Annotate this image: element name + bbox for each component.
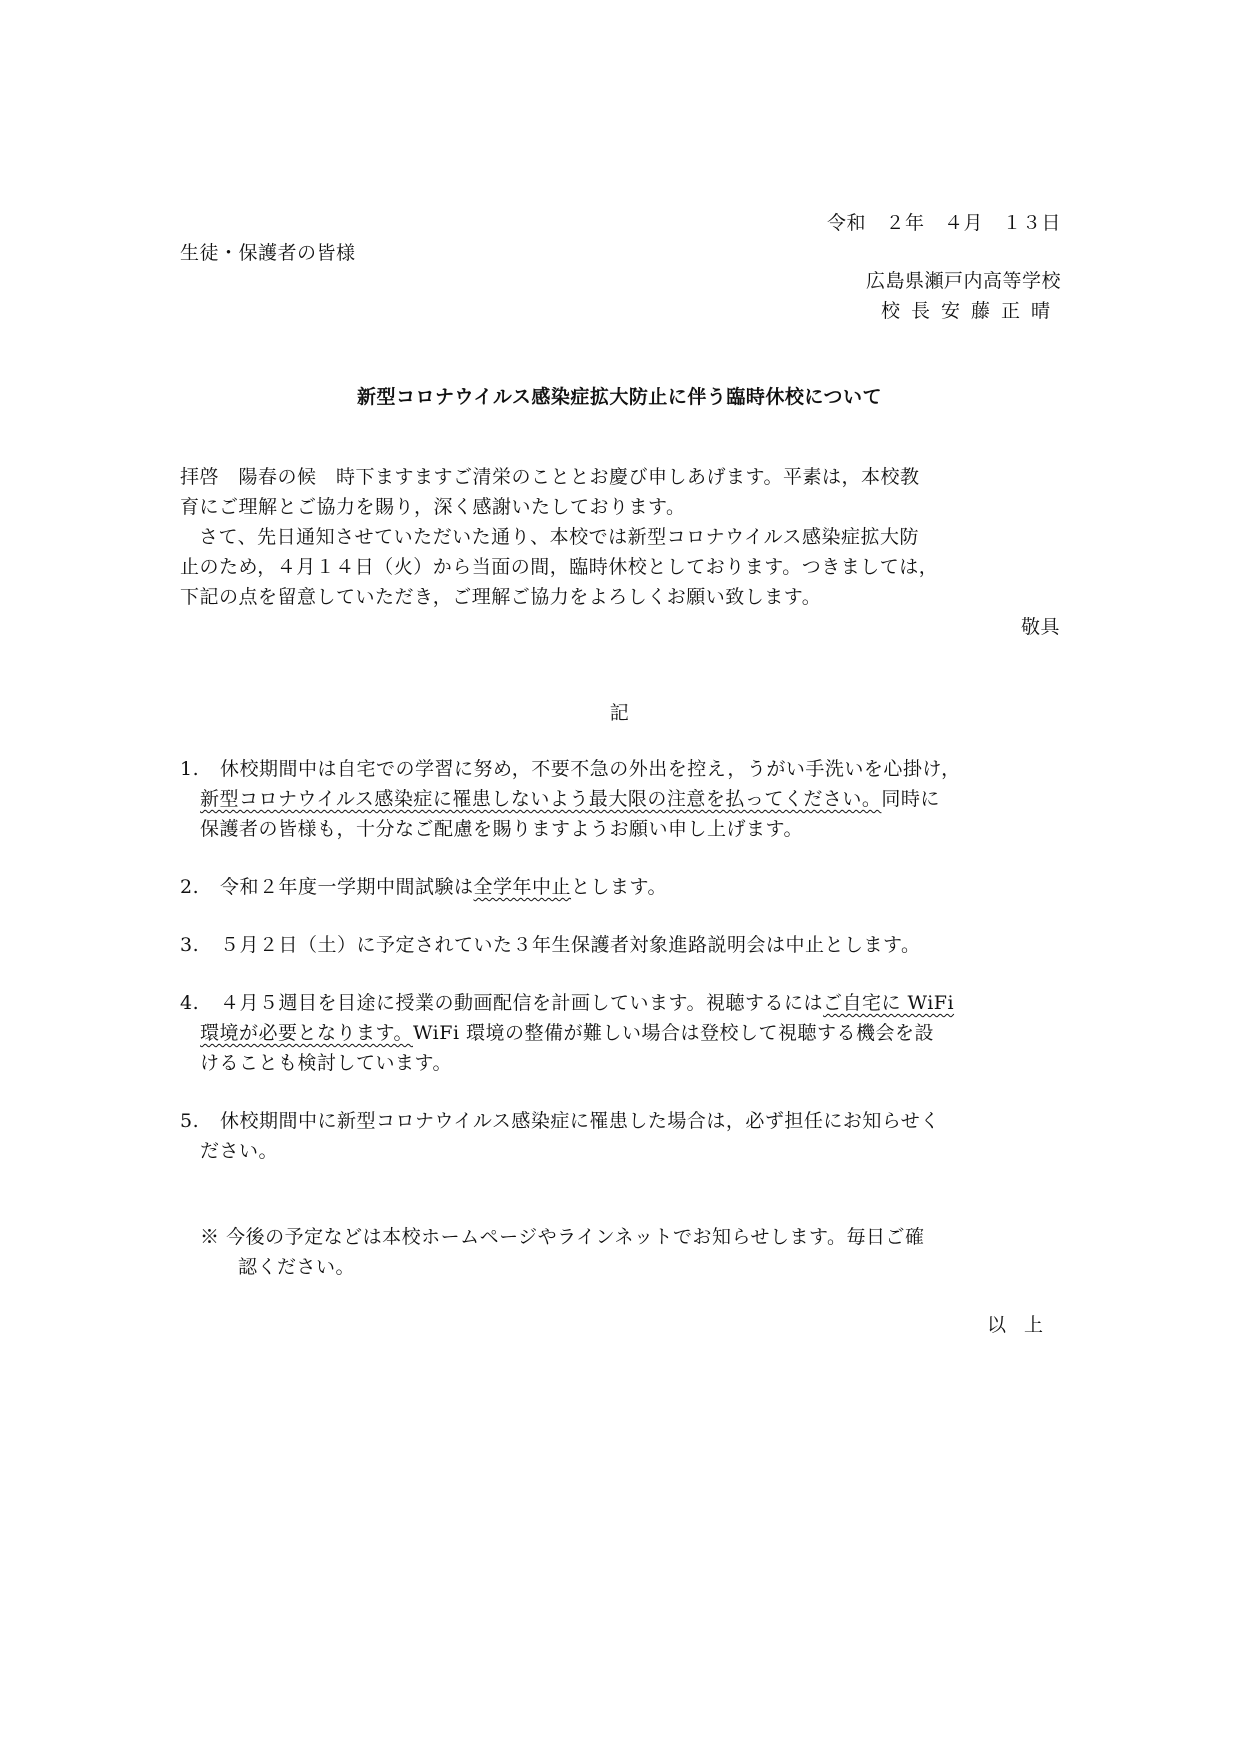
body-line: 下記の点を留意していただき，ご理解ご協力をよろしくお願い致します。 xyxy=(180,582,1060,612)
recipient: 生徒・保護者の皆様 xyxy=(180,238,356,268)
note-block: ※ 今後の予定などは本校ホームページやラインネットでお知らせします。毎日ご確 認… xyxy=(200,1222,1060,1282)
list-item: 4.４月５週目を目途に授業の動画配信を計画しています。視聴するにはご自宅に Wi… xyxy=(180,988,1060,1078)
note-text: 今後の予定などは本校ホームページやラインネットでお知らせします。毎日ご確 xyxy=(226,1226,924,1248)
note-text: 認ください。 xyxy=(200,1252,1060,1282)
list-item: 2.令和２年度一学期中間試験は全学年中止とします。 xyxy=(180,872,1060,902)
item-text: ださい。 xyxy=(180,1136,1060,1166)
item-text-underlined: 全学年中止 xyxy=(474,876,572,898)
ki-heading: 記 xyxy=(0,698,1239,728)
list-item: 3.５月２日（土）に予定されていた３年生保護者対象進路説明会は中止とします。 xyxy=(180,930,1060,960)
item-text: 令和２年度一学期中間試験は xyxy=(220,876,474,898)
document-title: 新型コロナウイルス感染症拡大防止に伴う臨時休校について xyxy=(0,382,1239,412)
closing-keigu: 敬具 xyxy=(180,612,1060,642)
item-text: WiFi 環境の整備が難しい場合は登校して視聴する機会を設 xyxy=(413,1022,934,1044)
item-number: 4. xyxy=(180,988,220,1018)
list-item: 1.休校期間中は自宅での学習に努め，不要不急の外出を控え，うがい手洗いを心掛け，… xyxy=(180,754,1060,844)
body-line: 拝啓 陽春の候 時下ますますご清栄のこととお慶び申しあげます。平素は，本校教 xyxy=(180,462,1060,492)
item-number: 3. xyxy=(180,930,220,960)
body-line: 止のため，４月１４日（火）から当面の間，臨時休校としております。つきましては， xyxy=(180,552,1060,582)
item-text: 同時に xyxy=(881,788,940,810)
body-text: 拝啓 陽春の候 時下ますますご清栄のこととお慶び申しあげます。平素は，本校教 育… xyxy=(180,462,1060,642)
closing-ijou: 以上 xyxy=(987,1310,1061,1340)
item-number: 2. xyxy=(180,872,220,902)
body-line: 育にご理解とご協力を賜り，深く感謝いたしております。 xyxy=(180,492,1060,522)
item-text: 休校期間中に新型コロナウイルス感染症に罹患した場合は，必ず担任にお知らせく xyxy=(220,1110,940,1132)
reference-mark: ※ xyxy=(200,1226,220,1248)
item-text: けることも検討しています。 xyxy=(180,1048,1060,1078)
item-text: ５月２日（土）に予定されていた３年生保護者対象進路説明会は中止とします。 xyxy=(220,934,920,956)
document-page: 令和 ２年 ４月 １３日 生徒・保護者の皆様 広島県瀬戸内高等学校 校長安藤正晴… xyxy=(0,0,1239,1754)
item-text-underlined: 新型コロナウイルス感染症に罹患しないよう最大限の注意を払ってください。 xyxy=(200,788,881,810)
item-text-underlined: ご自宅に WiFi xyxy=(823,992,954,1014)
item-text-underlined: 環境が必要となります。 xyxy=(200,1022,413,1044)
item-number: 5. xyxy=(180,1106,220,1136)
item-list: 1.休校期間中は自宅での学習に努め，不要不急の外出を控え，うがい手洗いを心掛け，… xyxy=(180,754,1060,1194)
item-text: 休校期間中は自宅での学習に努め，不要不急の外出を控え，うがい手洗いを心掛け， xyxy=(220,758,961,780)
item-text: とします。 xyxy=(571,876,667,898)
item-text: 保護者の皆様も，十分なご配慮を賜りますようお願い申し上げます。 xyxy=(180,814,1060,844)
item-text: ４月５週目を目途に授業の動画配信を計画しています。視聴するには xyxy=(220,992,823,1014)
list-item: 5.休校期間中に新型コロナウイルス感染症に罹患した場合は，必ず担任にお知らせく … xyxy=(180,1106,1060,1166)
issue-date: 令和 ２年 ４月 １３日 xyxy=(827,208,1061,238)
principal-name: 校長安藤正晴 xyxy=(881,296,1061,326)
school-name: 広島県瀬戸内高等学校 xyxy=(866,266,1061,296)
body-line: さて、先日通知させていただいた通り、本校では新型コロナウイルス感染症拡大防 xyxy=(180,522,1060,552)
item-number: 1. xyxy=(180,754,220,784)
